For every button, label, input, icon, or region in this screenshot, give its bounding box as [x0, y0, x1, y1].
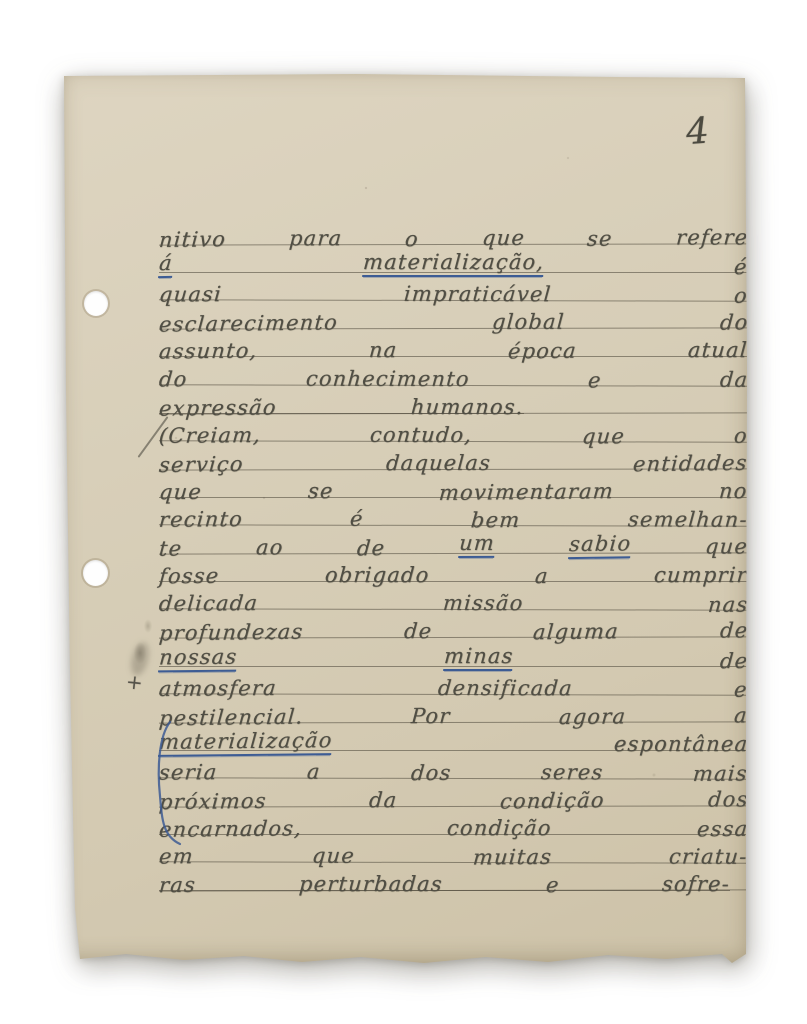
manuscript-line: quesemovimentaramno: [159, 467, 748, 498]
manuscript-line: (Creiam,contudo,queo: [159, 410, 748, 442]
manuscript-page: 4 nitivoparaoqueserefereámaterialização,…: [56, 70, 751, 970]
manuscript-line: pestilencial.Poragoraa: [159, 691, 748, 723]
punch-hole-bottom-small: [57, 883, 68, 894]
manuscript-line: teaodeumsabioque: [159, 522, 748, 554]
manuscript-line: profundezasdealgumade: [159, 607, 748, 639]
manuscript-line: atmosferadensificadae: [159, 663, 748, 695]
handwritten-word: e: [545, 875, 560, 896]
manuscript-line: doconhecimentoeda: [159, 354, 748, 386]
manuscript-line: esclarecimentoglobaldo: [159, 298, 748, 330]
manuscript-line: serviçodaquelasentidades: [159, 438, 748, 470]
handwritten-word: perturbadas: [298, 874, 443, 895]
punch-hole-top: [84, 291, 108, 316]
manuscript-line: expressãohumanos.: [159, 383, 524, 414]
manuscript-line: nossasminasde: [159, 636, 748, 667]
manuscript-line: nitivoparaoqueserefere: [159, 213, 748, 245]
manuscript-line: próximosdacondiçãodos: [159, 775, 748, 807]
paper-sheet: 4 nitivoparaoqueserefereámaterialização,…: [56, 70, 751, 970]
manuscript-line: encarnados,condiçãoessa: [159, 804, 748, 835]
scan-backdrop: { "document": { "kind": "handwritten-man…: [0, 0, 807, 1024]
blue-margin-bracket: [154, 720, 184, 854]
handwritten-word: sofre-: [662, 874, 731, 895]
manuscript-line: ámaterialização,é: [159, 242, 748, 273]
punch-hole-middle: [83, 560, 108, 586]
handwritten-word: ras: [158, 875, 197, 896]
manuscript-line: rasperturbadasesofre-: [159, 860, 730, 891]
manuscript-line: materializaçãoespontânea: [159, 720, 748, 751]
manuscript-line: assunto,naépocaatual: [159, 326, 748, 357]
